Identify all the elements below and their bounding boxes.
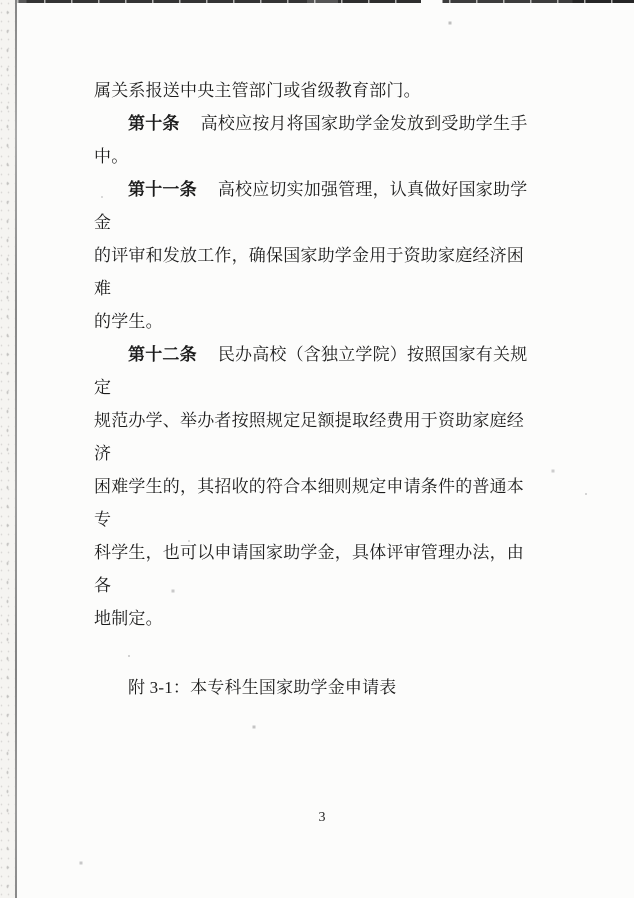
- article-11-heading: 第十一条: [128, 180, 197, 199]
- scan-artifact-top-edge: [17, 0, 634, 3]
- scan-artifact-left-strip: [0, 0, 15, 898]
- article-11-body: 高校应切实加强管理，认真做好国家助学金 的评审和发放工作，确保国家助学金用于资助…: [94, 180, 527, 331]
- document-text-block: 属关系报送中央主管部门或省级教育部门。 第十条高校应按月将国家助学金发放到受助学…: [94, 74, 540, 704]
- scan-noise-specks: [0, 0, 2, 2]
- article-10-paragraph: 第十条高校应按月将国家助学金发放到受助学生手 中。: [94, 107, 540, 173]
- article-12-body: 民办高校（含独立学院）按照国家有关规定 规范办学、举办者按照规定足额提取经费用于…: [94, 345, 527, 628]
- page-number: 3: [10, 808, 634, 828]
- article-12-heading: 第十二条: [128, 345, 197, 364]
- scan-artifact-left-edge-line: [15, 0, 17, 898]
- scanned-document-page: 属关系报送中央主管部门或省级教育部门。 第十条高校应按月将国家助学金发放到受助学…: [0, 0, 634, 898]
- article-12-paragraph: 第十二条民办高校（含独立学院）按照国家有关规定 规范办学、举办者按照规定足额提取…: [94, 338, 540, 635]
- article-10-heading: 第十条: [128, 114, 180, 133]
- paragraph-continuation: 属关系报送中央主管部门或省级教育部门。: [94, 74, 540, 107]
- article-11-paragraph: 第十一条高校应切实加强管理，认真做好国家助学金 的评审和发放工作，确保国家助学金…: [94, 173, 540, 338]
- attachment-note: 附 3-1：本专科生国家助学金申请表: [94, 671, 540, 704]
